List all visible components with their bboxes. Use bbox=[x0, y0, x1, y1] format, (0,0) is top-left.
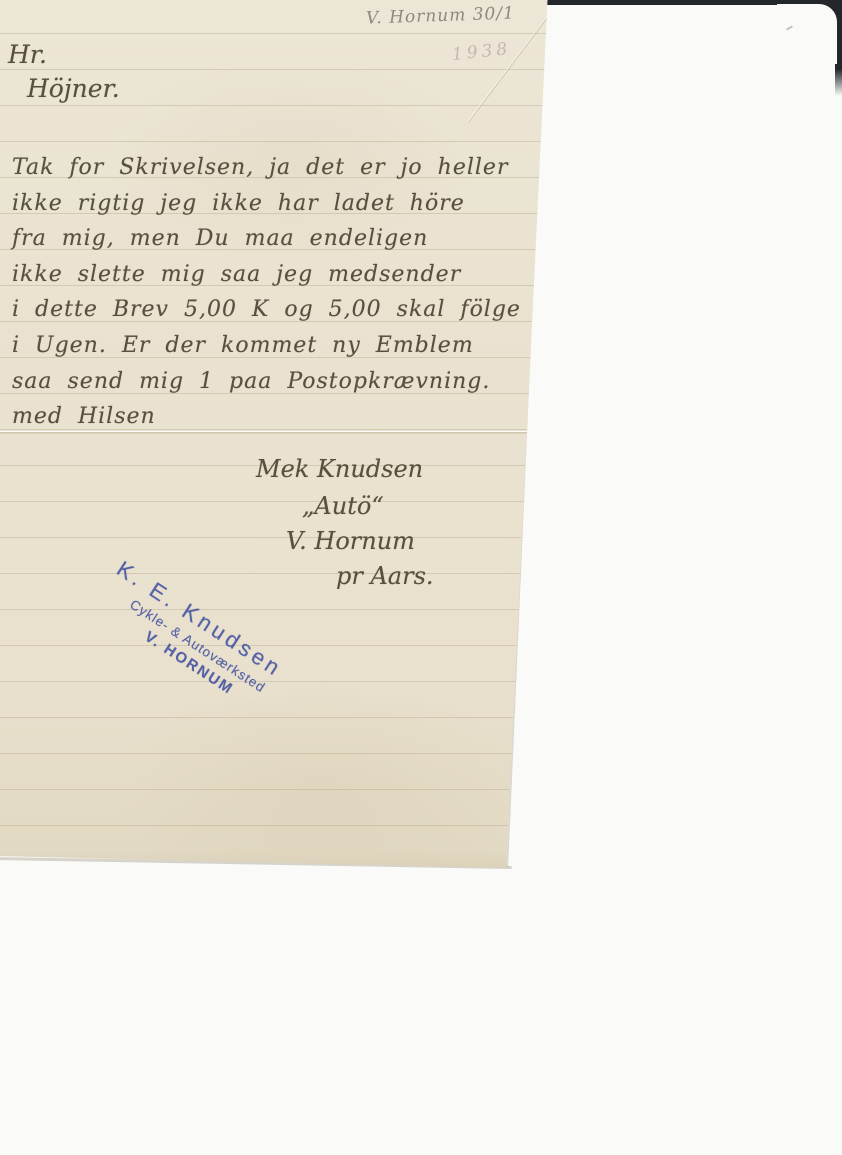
body-line: med Hilsen bbox=[12, 399, 521, 435]
letter-body: Tak for Skrivelsen, ja det er jo heller … bbox=[12, 150, 521, 435]
body-line: saa send mig 1 paa Postopkrævning. bbox=[12, 364, 521, 400]
body-line: ikke slette mig saa jeg medsender bbox=[12, 257, 521, 293]
body-line: i dette Brev 5,00 K og 5,00 skal fölge bbox=[12, 292, 521, 328]
salutation-line-1: Hr. bbox=[8, 40, 47, 69]
signature-district: pr Aars. bbox=[336, 562, 434, 590]
body-line: i Ugen. Er der kommet ny Emblem bbox=[12, 328, 521, 364]
signature-name: Mek Knudsen bbox=[256, 455, 423, 483]
signature-place: V. Hornum bbox=[286, 527, 415, 555]
body-line: fra mig, men Du maa endeligen bbox=[12, 221, 521, 257]
scanned-letter-page: V. Hornum 30/1 1938 Hr. Höjner. Tak for … bbox=[0, 0, 842, 1155]
body-line: ikke rigtig jeg ikke har ladet höre bbox=[12, 186, 521, 222]
body-line: Tak for Skrivelsen, ja det er jo heller bbox=[12, 150, 521, 186]
signature-auto: „Autö“ bbox=[302, 492, 384, 520]
backdrop-sheet-rounded-corner bbox=[777, 4, 837, 64]
salutation-line-2: Höjner. bbox=[27, 74, 120, 103]
